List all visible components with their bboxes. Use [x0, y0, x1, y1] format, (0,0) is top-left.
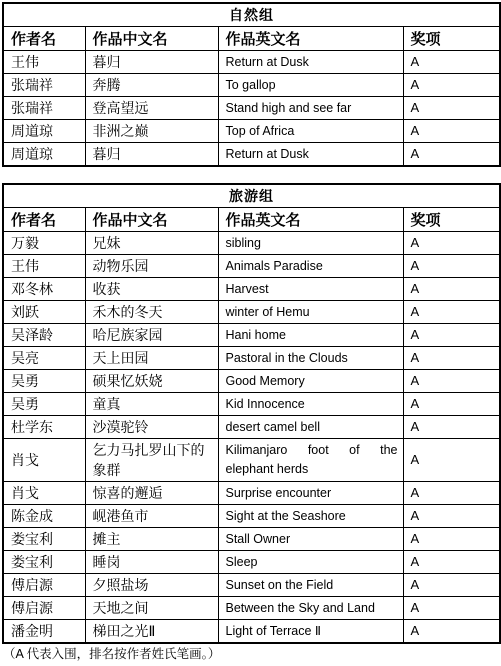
- nature-group-table: 自然组 作者名 作品中文名 作品英文名 奖项 王伟暮归Return at Dus…: [2, 2, 501, 167]
- award-cell: A: [403, 574, 500, 597]
- column-header-award: 奖项: [403, 27, 500, 51]
- table-row: 刘跃禾木的冬天winter of HemuA: [3, 301, 500, 324]
- author-name-cell: 吴亮: [3, 347, 85, 370]
- author-name-cell: 娄宝利: [3, 528, 85, 551]
- author-name-cell: 万毅: [3, 232, 85, 255]
- award-cell: A: [403, 143, 500, 167]
- author-name-cell: 肖戈: [3, 482, 85, 505]
- table-row: 周道琼非洲之巅Top of AfricaA: [3, 120, 500, 143]
- table-row: 王伟动物乐园Animals ParadiseA: [3, 255, 500, 278]
- award-cell: A: [403, 505, 500, 528]
- table-row: 邓冬林收获HarvestA: [3, 278, 500, 301]
- table-row: 潘金明梯田之光ⅡLight of Terrace ⅡA: [3, 620, 500, 644]
- author-name-cell: 娄宝利: [3, 551, 85, 574]
- work-english-name-cell: Top of Africa: [218, 120, 403, 143]
- column-header-author: 作者名: [3, 27, 85, 51]
- table-row: 肖戈乞力马扎罗山下的象群Kilimanjaro foot of the elep…: [3, 439, 500, 482]
- author-name-cell: 周道琼: [3, 143, 85, 167]
- work-chinese-name-cell: 惊喜的邂逅: [85, 482, 218, 505]
- author-name-cell: 周道琼: [3, 120, 85, 143]
- author-name-cell: 杜学东: [3, 416, 85, 439]
- author-name-cell: 张瑞祥: [3, 97, 85, 120]
- work-english-name-cell: Sleep: [218, 551, 403, 574]
- work-english-name-cell: Return at Dusk: [218, 51, 403, 74]
- award-cell: A: [403, 347, 500, 370]
- work-english-name-cell: Sight at the Seashore: [218, 505, 403, 528]
- award-cell: A: [403, 324, 500, 347]
- work-chinese-name-cell: 天地之间: [85, 597, 218, 620]
- work-english-name-cell: Pastoral in the Clouds: [218, 347, 403, 370]
- table-header-row: 作者名 作品中文名 作品英文名 奖项: [3, 208, 500, 232]
- table-row: 娄宝利睡岗SleepA: [3, 551, 500, 574]
- work-chinese-name-cell: 岘港鱼市: [85, 505, 218, 528]
- work-english-name-cell: To gallop: [218, 74, 403, 97]
- work-chinese-name-cell: 非洲之巅: [85, 120, 218, 143]
- author-name-cell: 潘金明: [3, 620, 85, 644]
- work-chinese-name-cell: 登高望远: [85, 97, 218, 120]
- work-english-name-cell: sibling: [218, 232, 403, 255]
- award-cell: A: [403, 439, 500, 482]
- author-name-cell: 吴勇: [3, 393, 85, 416]
- work-chinese-name-cell: 梯田之光Ⅱ: [85, 620, 218, 644]
- award-cell: A: [403, 482, 500, 505]
- table-row: 张瑞祥登高望远Stand high and see farA: [3, 97, 500, 120]
- table-row: 吴泽龄哈尼族家园Hani homeA: [3, 324, 500, 347]
- table-row: 娄宝利摊主Stall OwnerA: [3, 528, 500, 551]
- work-english-name-cell: Sunset on the Field: [218, 574, 403, 597]
- work-english-name-cell: Surprise encounter: [218, 482, 403, 505]
- table-row: 吴亮天上田园Pastoral in the CloudsA: [3, 347, 500, 370]
- work-english-name-cell: Stand high and see far: [218, 97, 403, 120]
- column-header-work-english-name: 作品英文名: [218, 27, 403, 51]
- award-cell: A: [403, 551, 500, 574]
- work-chinese-name-cell: 暮归: [85, 51, 218, 74]
- table-row: 周道琼暮归Return at DuskA: [3, 143, 500, 167]
- author-name-cell: 王伟: [3, 51, 85, 74]
- award-cell: A: [403, 620, 500, 644]
- table-row: 张瑞祥奔腾To gallopA: [3, 74, 500, 97]
- table-row: 傅启源夕照盐场Sunset on the FieldA: [3, 574, 500, 597]
- author-name-cell: 傅启源: [3, 597, 85, 620]
- column-header-work-chinese-name: 作品中文名: [85, 27, 218, 51]
- table-title-row: 旅游组: [3, 184, 500, 208]
- work-chinese-name-cell: 奔腾: [85, 74, 218, 97]
- work-chinese-name-cell: 摊主: [85, 528, 218, 551]
- award-cell: A: [403, 370, 500, 393]
- column-header-author: 作者名: [3, 208, 85, 232]
- work-english-name-cell: Light of Terrace Ⅱ: [218, 620, 403, 644]
- work-english-name-cell: Hani home: [218, 324, 403, 347]
- document-page: 自然组 作者名 作品中文名 作品英文名 奖项 王伟暮归Return at Dus…: [0, 0, 501, 666]
- award-cell: A: [403, 416, 500, 439]
- column-header-work-chinese-name: 作品中文名: [85, 208, 218, 232]
- footnote: （A 代表入围，排名按作者姓氏笔画。）: [2, 644, 499, 666]
- work-chinese-name-cell: 睡岗: [85, 551, 218, 574]
- author-name-cell: 吴勇: [3, 370, 85, 393]
- award-cell: A: [403, 528, 500, 551]
- author-name-cell: 傅启源: [3, 574, 85, 597]
- award-cell: A: [403, 597, 500, 620]
- work-english-name-cell: Stall Owner: [218, 528, 403, 551]
- author-name-cell: 张瑞祥: [3, 74, 85, 97]
- work-chinese-name-cell: 沙漠驼铃: [85, 416, 218, 439]
- table-title: 旅游组: [3, 184, 500, 208]
- column-header-work-english-name: 作品英文名: [218, 208, 403, 232]
- author-name-cell: 王伟: [3, 255, 85, 278]
- award-cell: A: [403, 301, 500, 324]
- work-english-name-cell: Kid Innocence: [218, 393, 403, 416]
- author-name-cell: 肖戈: [3, 439, 85, 482]
- work-chinese-name-cell: 乞力马扎罗山下的象群: [85, 439, 218, 482]
- work-english-name-cell: Good Memory: [218, 370, 403, 393]
- author-name-cell: 陈金成: [3, 505, 85, 528]
- travel-group-table: 旅游组 作者名 作品中文名 作品英文名 奖项 万毅兄妹siblingA王伟动物乐…: [2, 183, 501, 644]
- award-cell: A: [403, 51, 500, 74]
- table-header-row: 作者名 作品中文名 作品英文名 奖项: [3, 27, 500, 51]
- work-chinese-name-cell: 禾木的冬天: [85, 301, 218, 324]
- award-cell: A: [403, 255, 500, 278]
- work-english-name-cell: Kilimanjaro foot of the elephant herds: [218, 439, 403, 482]
- work-chinese-name-cell: 天上田园: [85, 347, 218, 370]
- author-name-cell: 刘跃: [3, 301, 85, 324]
- table-row: 王伟暮归Return at DuskA: [3, 51, 500, 74]
- author-name-cell: 邓冬林: [3, 278, 85, 301]
- table-title: 自然组: [3, 3, 500, 27]
- award-cell: A: [403, 97, 500, 120]
- work-chinese-name-cell: 兄妹: [85, 232, 218, 255]
- work-chinese-name-cell: 童真: [85, 393, 218, 416]
- work-english-name-cell: Return at Dusk: [218, 143, 403, 167]
- column-header-award: 奖项: [403, 208, 500, 232]
- work-chinese-name-cell: 硕果忆妖娆: [85, 370, 218, 393]
- table-row: 杜学东沙漠驼铃desert camel bellA: [3, 416, 500, 439]
- table-row: 吴勇硕果忆妖娆Good MemoryA: [3, 370, 500, 393]
- work-english-name-cell: Animals Paradise: [218, 255, 403, 278]
- award-cell: A: [403, 393, 500, 416]
- table-title-row: 自然组: [3, 3, 500, 27]
- work-chinese-name-cell: 暮归: [85, 143, 218, 167]
- award-cell: A: [403, 74, 500, 97]
- award-cell: A: [403, 232, 500, 255]
- work-chinese-name-cell: 夕照盐场: [85, 574, 218, 597]
- work-english-name-cell: winter of Hemu: [218, 301, 403, 324]
- work-english-name-cell: Harvest: [218, 278, 403, 301]
- table-row: 肖戈惊喜的邂逅Surprise encounterA: [3, 482, 500, 505]
- table-row: 吴勇童真Kid InnocenceA: [3, 393, 500, 416]
- award-cell: A: [403, 120, 500, 143]
- table-row: 万毅兄妹siblingA: [3, 232, 500, 255]
- award-cell: A: [403, 278, 500, 301]
- author-name-cell: 吴泽龄: [3, 324, 85, 347]
- work-english-name-cell: desert camel bell: [218, 416, 403, 439]
- work-chinese-name-cell: 收获: [85, 278, 218, 301]
- work-chinese-name-cell: 动物乐园: [85, 255, 218, 278]
- table-row: 傅启源天地之间Between the Sky and LandA: [3, 597, 500, 620]
- work-english-name-cell: Between the Sky and Land: [218, 597, 403, 620]
- work-chinese-name-cell: 哈尼族家园: [85, 324, 218, 347]
- table-row: 陈金成岘港鱼市Sight at the SeashoreA: [3, 505, 500, 528]
